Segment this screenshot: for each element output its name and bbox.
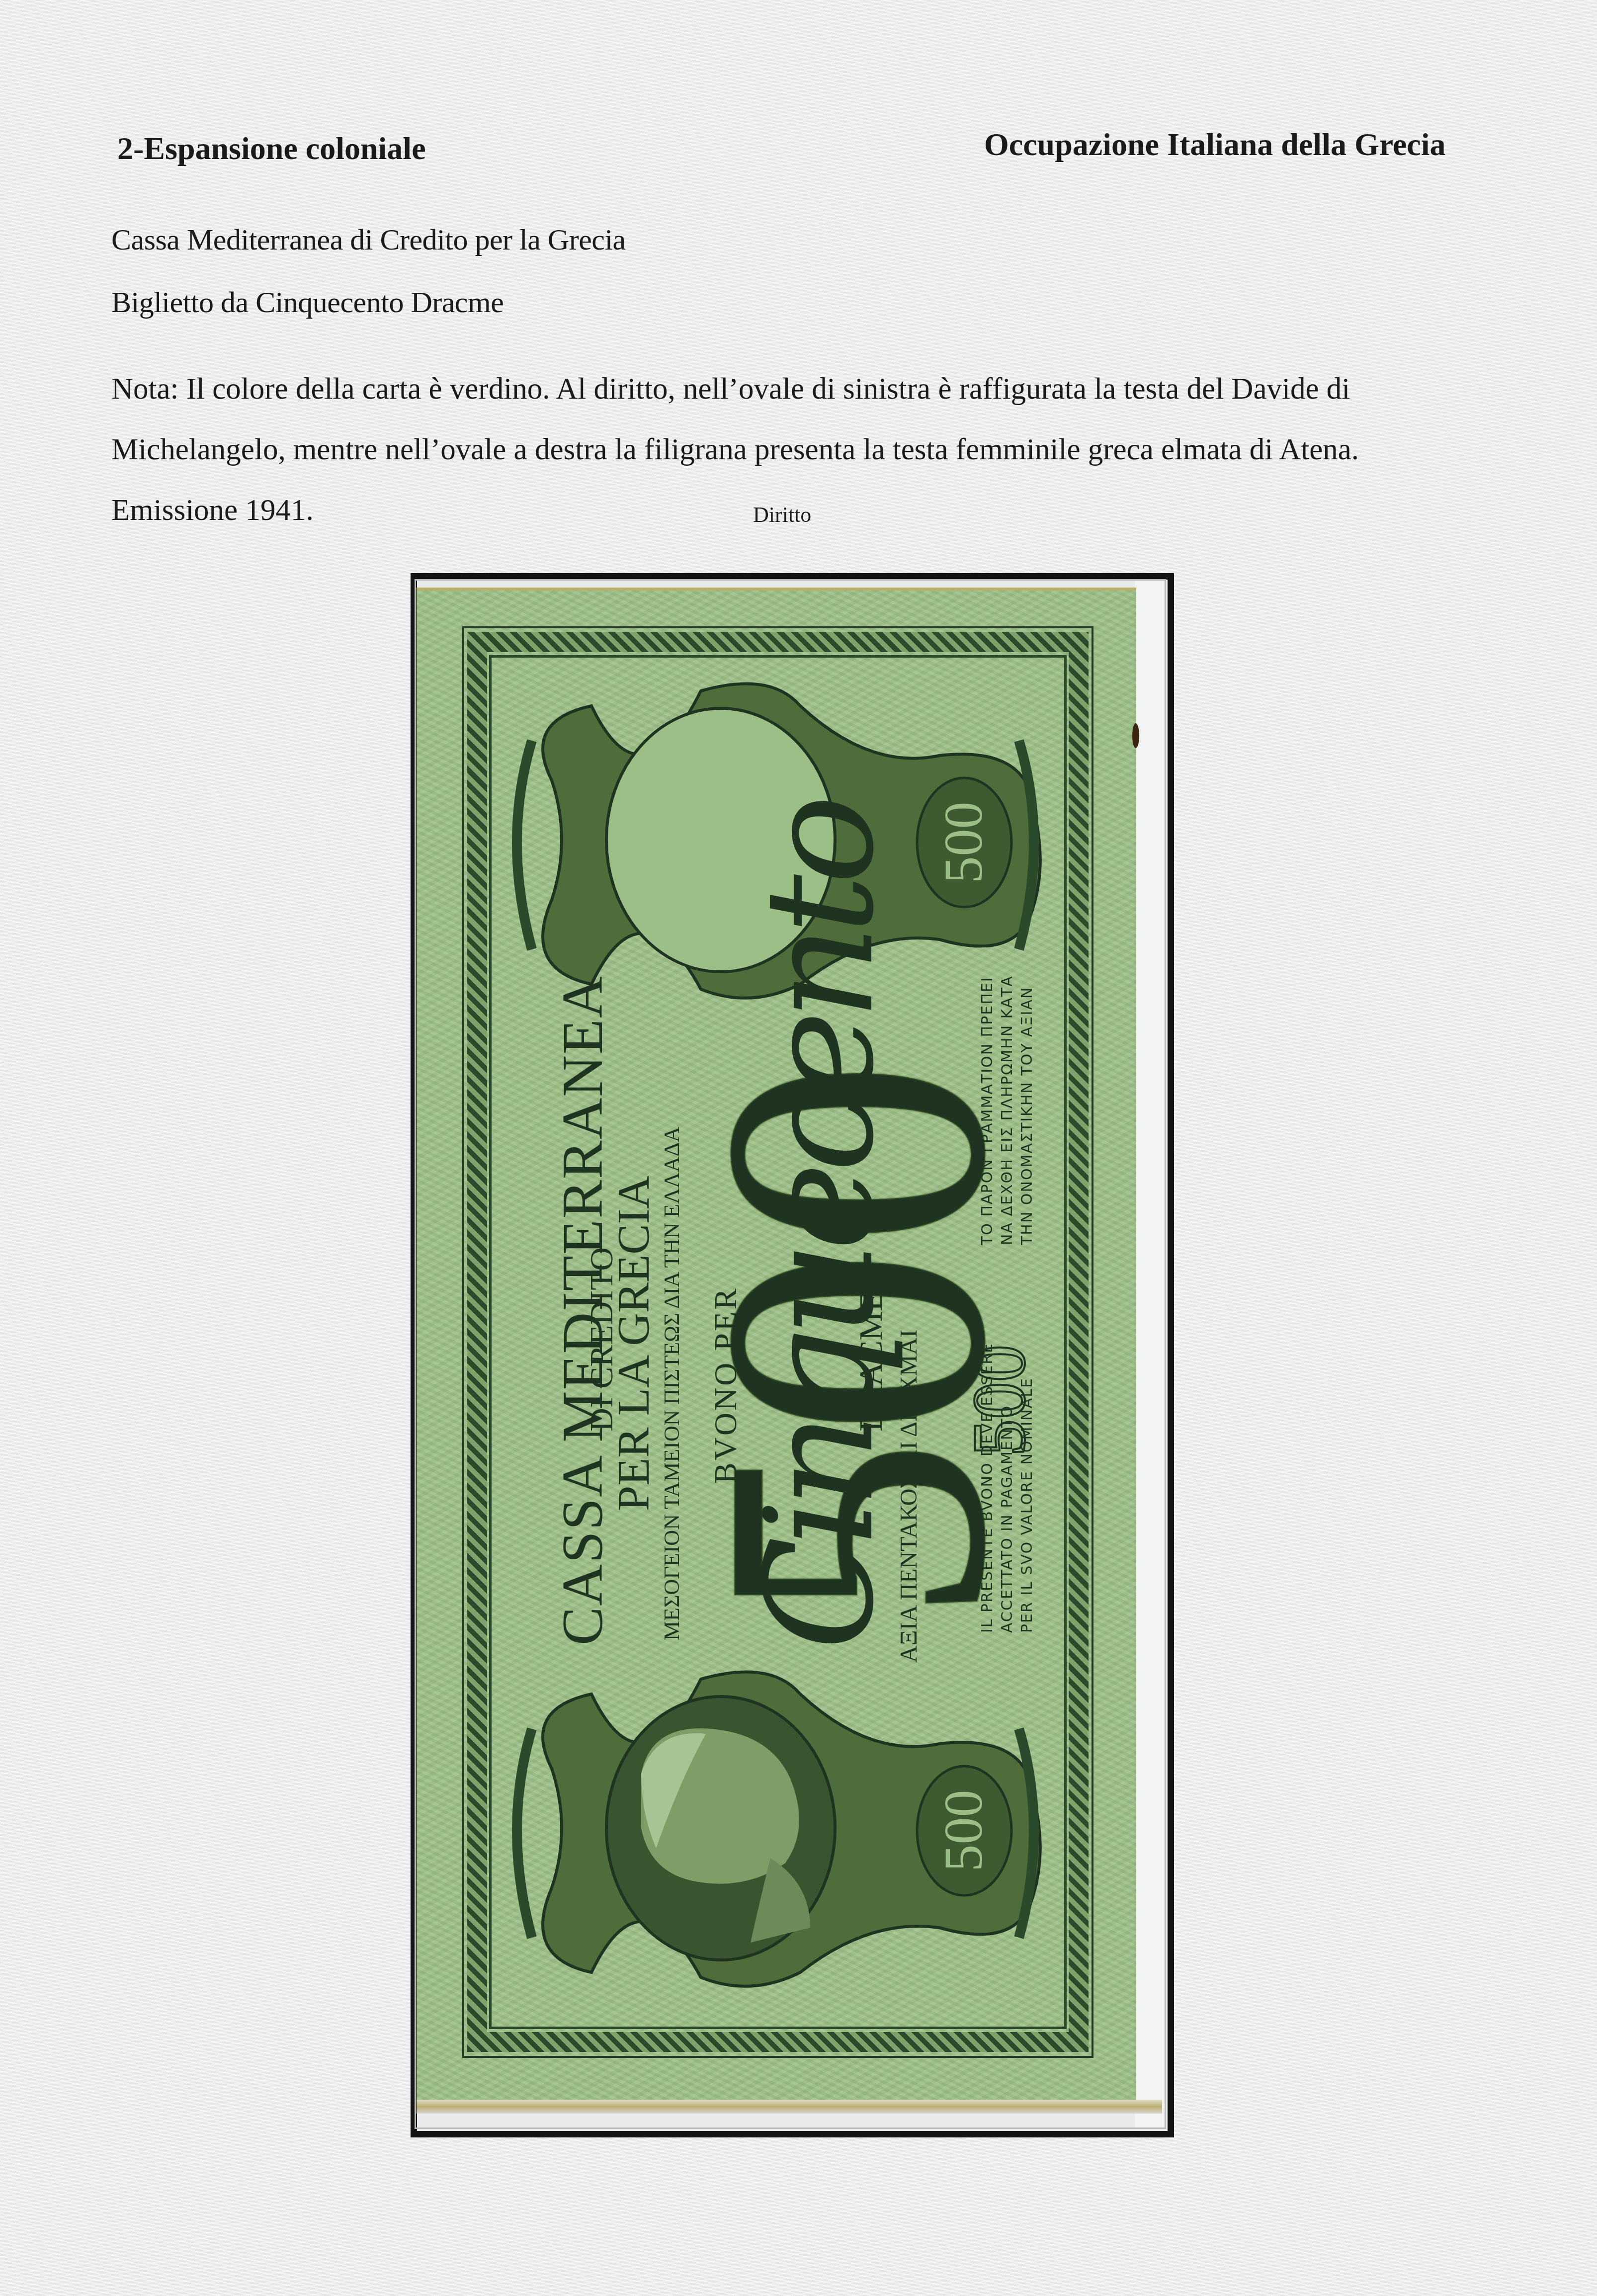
banknote-subtitle-2: PER LA GRECIA: [610, 1176, 656, 1511]
monogram-icon: 500: [917, 778, 1011, 907]
issuer-line: Cassa Mediterranea di Credito per la Gre…: [111, 223, 626, 257]
monogram-icon: 500: [917, 1766, 1011, 1895]
side-caption: Diritto: [753, 502, 811, 527]
topic-title: Occupazione Italiana della Grecia: [984, 126, 1446, 163]
italian-clause-line: IL PRESENTE BVONO DEVE ESSERE: [980, 1343, 995, 1633]
currency-label: DRACME: [855, 1291, 888, 1432]
section-title: 2-Espansione coloniale: [117, 130, 426, 167]
greek-title: ΜΕΣΟΓΕΙΟΝ ΤΑΜΕΙΟΝ ΠΙΣΤΕΩΣ ΔΙΑ ΤΗΝ ΕΛΛΑΔΑ: [661, 1126, 683, 1640]
svg-text:500: 500: [933, 1790, 994, 1872]
banknote-bottom-edge: [417, 2100, 1162, 2114]
italian-clause-line: PER IL SVO VALORE NOMINALE: [1020, 1377, 1035, 1633]
greek-clause-line: ΝΑ ΔΕΧΘΗ ΕΙΣ ΠΛΗΡΩΜΗΝ ΚΑΤΑ: [1000, 975, 1015, 1245]
greek-clause-line: ΤΟ ΠΑΡΟΝ ΓΡΑΜΜΑΤΙΟΝ ΠΡΕΠΕΙ: [980, 976, 995, 1245]
svg-text:500: 500: [933, 802, 994, 884]
value-script: Cinquecento: [746, 805, 895, 1650]
denomination-line: Biglietto da Cinquecento Dracme: [111, 285, 504, 320]
stain-mark: [1132, 723, 1139, 748]
italian-clause-line: ACCETTATO IN PAGAMENTO: [1000, 1405, 1015, 1633]
portrait-cartouche: 500: [492, 1649, 1059, 2007]
greek-value: ΑΞΙΑ ΠΕΝΤΑΚΟΣΙΑΙ ΔΡΑΧΜΑΙ: [897, 1330, 921, 1663]
greek-clause-line: ΤΗΝ ΟΝΟΜΑΣΤΙΚΗΝ ΤΟΥ ΑΞΙΑΝ: [1020, 987, 1035, 1245]
